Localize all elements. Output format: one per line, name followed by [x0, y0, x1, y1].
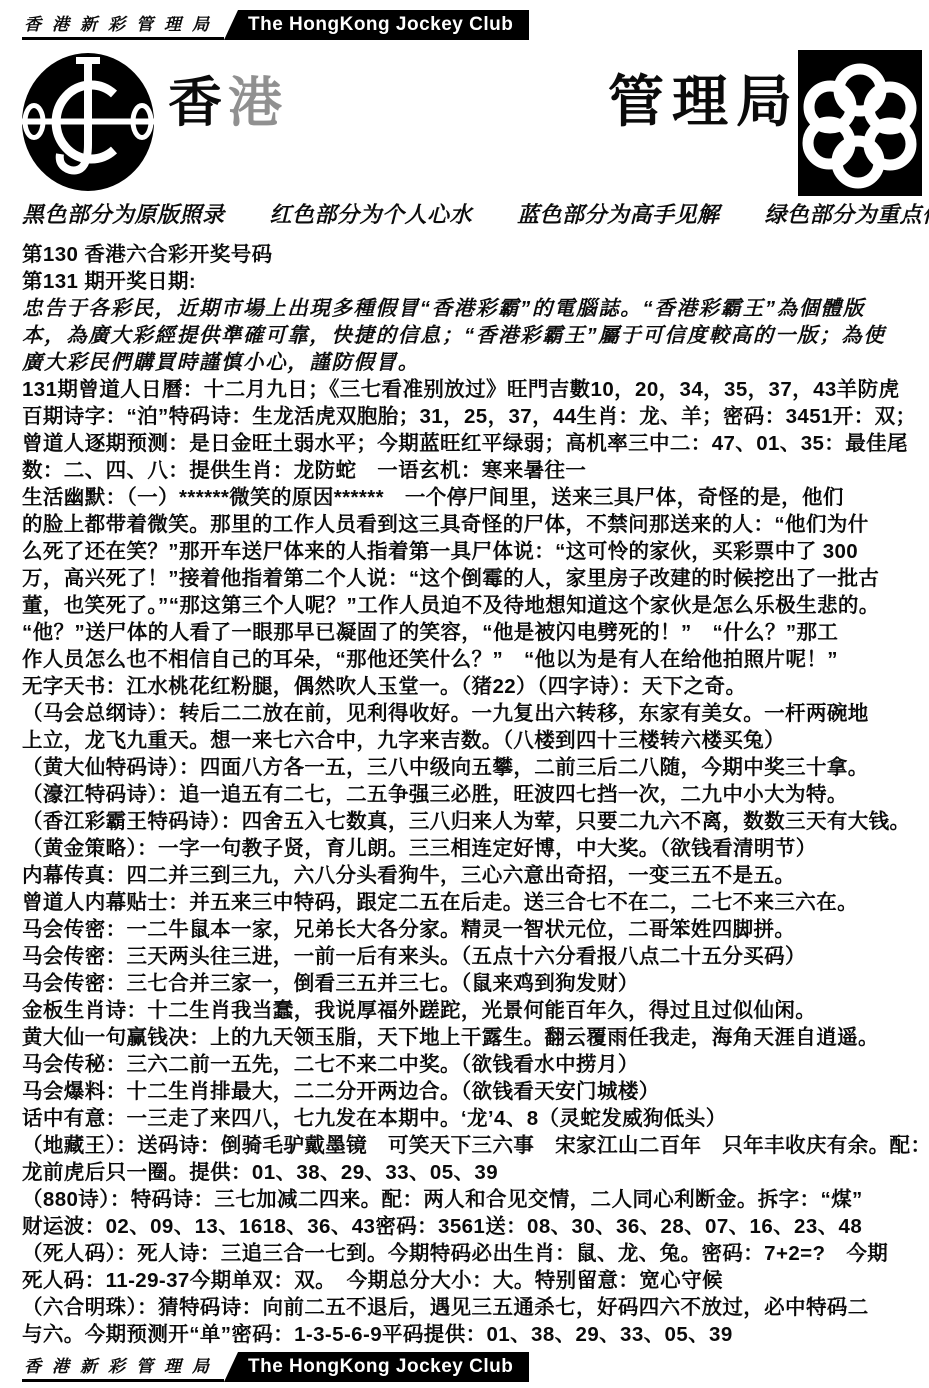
text-line: 131期曾道人日曆：十二月九日；《三七看准别放过》旺門吉數10，20，34，35… [22, 376, 914, 403]
text-line: 马会传密：三七合并三家一，倒看三五并三七。（鼠来鸡到狗发财） [22, 970, 914, 997]
text-line: 黄大仙一句赢钱决：上的九天领玉脂，天下地上干露生。翻云覆雨任我走，海角天涯自逍遥… [22, 1024, 914, 1051]
text-line: “他？”送尸体的人看了一眼那早已凝固了的笑容，“他是被闪电劈死的！” “什么？”… [22, 619, 914, 646]
text-line: 金板生肖诗：十二生肖我当蠢，我说厚福外蹉跎，光景何能百年久，得过且过似仙闲。 [22, 997, 914, 1024]
title-char-faded: 港 [228, 73, 288, 133]
text-line: 曾道人内幕贴士：并五来三中特码，跟定二五在后走。送三合七不在二，二七不来三六在。 [22, 889, 914, 916]
text-line: 数：二、四、八：提供生肖：龙防蛇 一语玄机：寒来暑往一 [22, 457, 914, 484]
text-line: 生活幽默：（一）******微笑的原因****** 一个停尸间里，送来三具尸体，… [22, 484, 914, 511]
text-line: 马会传密：三天两头往三进，一前一后有来头。（五点十六分看报八点二十五分买码） [22, 943, 914, 970]
text-line: 龙前虎后只一圈。提供：01、38、29、33、05、39 [22, 1159, 914, 1186]
text-line: 马会传秘：三六二前一五先，二七不来二中奖。（欲钱看水中捞月） [22, 1051, 914, 1078]
banner-chinese-title: 香港新彩管理局 [22, 10, 224, 40]
body-text: 第130 香港六合彩开奖号码第131 期开奖日期:忠告于各彩民，近期市場上出現多… [22, 241, 914, 1348]
text-line: 董，也笑死了。”“那这第三个人呢？”工作人员迫不及待地想知道这个家伙是怎么乐极生… [22, 592, 914, 619]
text-line: 死人码：11-29-37今期单双：双。 今期总分大小：大。特别留意：宽心守候 [22, 1267, 914, 1294]
text-line: 万，高兴死了！”接着他指着第二个人说：“这个倒霉的人，家里房子改建的时候挖出了一… [22, 565, 914, 592]
text-line: 本，為廣大彩經提供準確可靠，快捷的信息；“香港彩霸王”屬于可信度較高的一版；為使 [22, 322, 914, 349]
text-line: 话中有意：一三走了来四八，七九发在本期中。‘龙’4、8（灵蛇发威狗低头） [22, 1105, 914, 1132]
text-line: （880诗）：特码诗：三七加减二四来。配：两人和合见交情，二人同心利断金。拆字：… [22, 1186, 914, 1213]
title-char: 香 [168, 73, 228, 133]
text-line: 财运波：02、09、13、1618、36、43密码：3561送：08、30、36… [22, 1213, 914, 1240]
text-line: 上立，龙飞九重天。想一来七六合中，九字来吉数。（八楼到四十三楼转六楼买兔） [22, 727, 914, 754]
ring-flower-logo-icon [798, 50, 922, 201]
text-line: 廣大彩民們購買時謹慎小心，謹防假冒。 [22, 349, 914, 376]
text-line: （香江彩霸王特码诗）：四舍五入七数真，三八归来人为荤，只要二九六不离，数数三天有… [22, 808, 914, 835]
text-line: 与六。今期预测开“单”密码：1-3-5-6-9平码提供：01、38、29、33、… [22, 1321, 914, 1348]
banner-chinese-title: 香港新彩管理局 [22, 1352, 224, 1382]
scanned-lottery-sheet: 香港新彩管理局 The HongKong Jockey Club 香港 管理局 [0, 0, 929, 1388]
top-banner: 香港新彩管理局 The HongKong Jockey Club [22, 10, 529, 40]
text-line: 曾道人逐期预测：是日金旺土弱水平；今期蓝旺红平绿弱；高机率三中二：47、01、3… [22, 430, 914, 457]
text-line: 的脸上都带着微笑。那里的工作人员看到这三具奇怪的尸体，不禁问那送来的人：“他们为… [22, 511, 914, 538]
text-line: 作人员怎么也不相信自己的耳朵，“那他还笑什么？” “他以为是有人在给他拍照片呢！… [22, 646, 914, 673]
color-legend: 黑色部分为原版照录 红色部分为个人心水 蓝色部分为高手见解 绿色部分为重点信息 [22, 198, 929, 229]
text-line: 么死了还在笑？”那开车送尸体来的人指着第一具尸体说：“这可怜的家伙，买彩票中了 … [22, 538, 914, 565]
text-line: （黄大仙特码诗）：四面八方各一五，三八中级向五攀，二前三后二八随，今期中奖三十拿… [22, 754, 914, 781]
text-line: 第131 期开奖日期: [22, 268, 914, 295]
text-line: 第130 香港六合彩开奖号码 [22, 241, 914, 268]
bottom-banner: 香港新彩管理局 The HongKong Jockey Club [22, 1352, 529, 1382]
hkjc-monogram-logo-icon [20, 52, 156, 197]
page-title-hongkong: 香港 [168, 60, 288, 137]
text-line: 忠告于各彩民，近期市場上出現多種假冒“香港彩霸”的電腦誌。“香港彩霸王”為個體版 [22, 295, 914, 322]
text-line: 马会传密：一二牛鼠本一家，兄弟长大各分家。精灵一智状元位，二哥笨姓四脚拼。 [22, 916, 914, 943]
text-line: （死人码）：死人诗：三追三合一七到。今期特码必出生肖：鼠、龙、兔。密码：7+2=… [22, 1240, 914, 1267]
text-line: （黄金策略）：一字一句教子贤，育儿朗。三三相连定好博，中大奖。（欲钱看清明节） [22, 835, 914, 862]
text-line: （六合明珠）：猜特码诗：向前二五不退后，遇见三五通杀七，好码四六不放过，必中特码… [22, 1294, 914, 1321]
text-line: 内幕传真：四二并三到三九，六八分头看狗牛，三心六意出奇招，一变三五不是五。 [22, 862, 914, 889]
text-line: 马会爆料：十二生肖排最大，二二分开两边合。（欲钱看天安门城楼） [22, 1078, 914, 1105]
banner-english-title: The HongKong Jockey Club [224, 1352, 529, 1382]
text-line: （马会总纲诗）：转后二二放在前，见利得收好。一九复出六转移，东家有美女。一杆两碗… [22, 700, 914, 727]
text-line: （地藏王）：送码诗：倒骑毛驴戴墨镜 可笑天下三六事 宋家江山二百年 只年丰收庆有… [22, 1132, 914, 1159]
page-title-bureau: 管理局 [608, 58, 800, 138]
text-line: 百期诗字：“泊”特码诗：生龙活虎双胞胎；31，25，37，44生肖：龙、羊；密码… [22, 403, 914, 430]
text-line: （濠江特码诗）：追一追五有二七，二五争强三必胜，旺波四七挡一次，二九中小大为特。 [22, 781, 914, 808]
banner-english-title: The HongKong Jockey Club [224, 10, 529, 40]
text-line: 无字天书：江水桃花红粉腿，偶然吹人玉堂一。（猪22）（四字诗）：天下之奇。 [22, 673, 914, 700]
